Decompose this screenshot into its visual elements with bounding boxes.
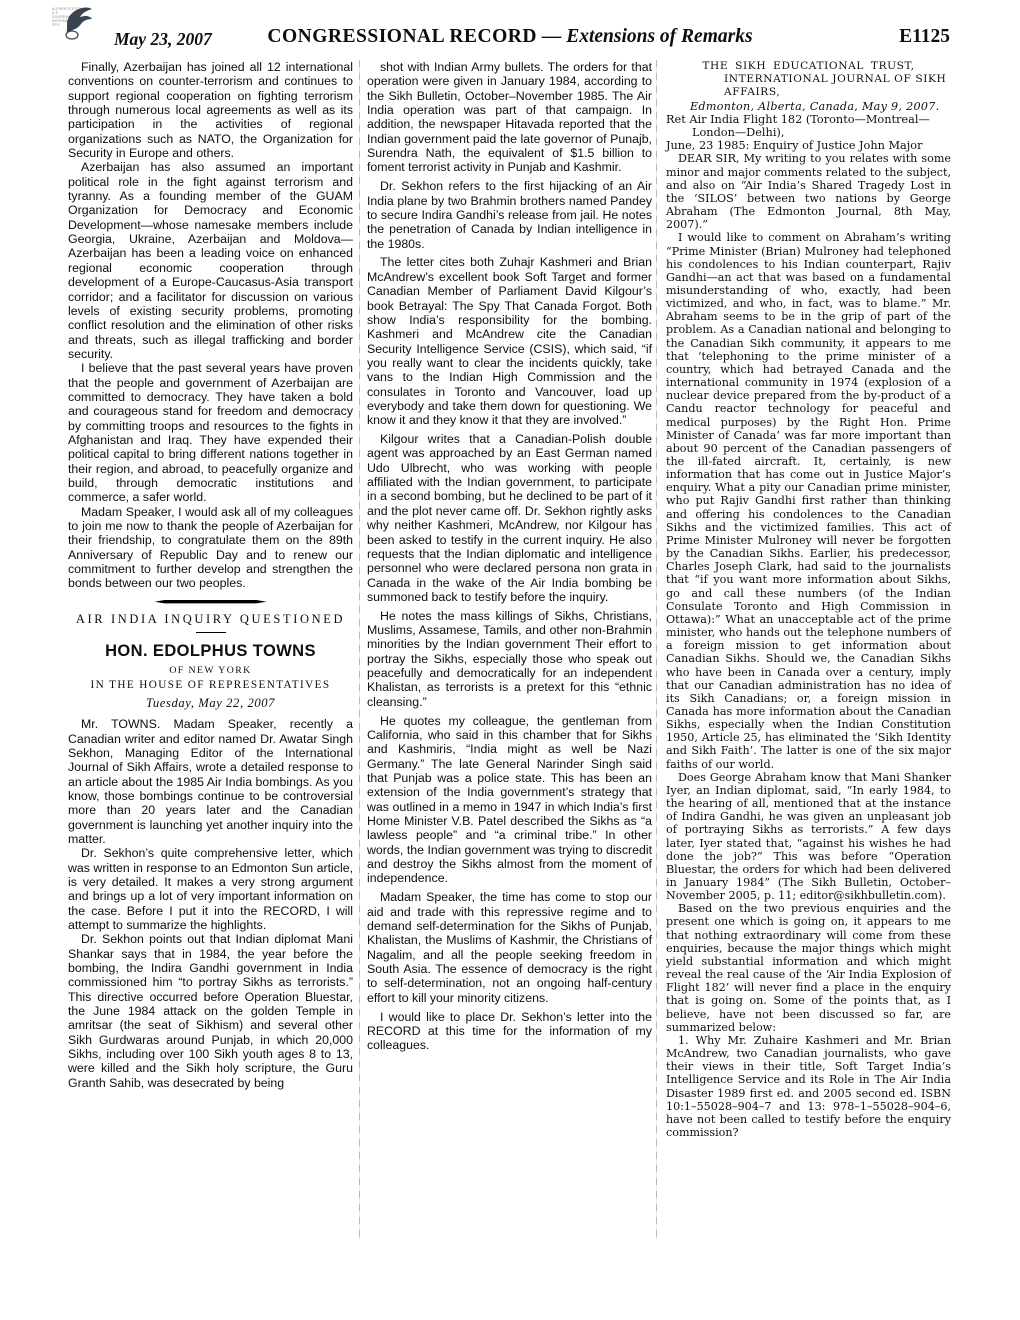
- statement-paragraph: Mr. TOWNS. Madam Speaker, recently a Can…: [68, 717, 353, 846]
- speaker-name: HON. EDOLPHUS TOWNS: [68, 642, 353, 661]
- column-2: shot with Indian Army bullets. The order…: [367, 60, 652, 1139]
- statement-paragraph: He notes the mass killings of Sikhs, Chr…: [367, 609, 652, 709]
- column-3: THE SIKH EDUCATIONAL TRUST, INTERNATIONA…: [666, 60, 951, 1139]
- letter-paragraph: I would like to comment on Abraham’s wri…: [666, 231, 951, 770]
- statement-paragraph: Dr. Sekhon’s quite comprehensive letter,…: [68, 846, 353, 932]
- letter-paragraph: 1. Why Mr. Zuhaire Kashmeri and Mr. Bria…: [666, 1034, 951, 1139]
- letter-org-line-1: THE SIKH EDUCATIONAL TRUST,: [666, 60, 951, 73]
- letter-paragraph: DEAR SIR, My writing to you relates with…: [666, 152, 951, 231]
- statement-paragraph: shot with Indian Army bullets. The order…: [367, 60, 652, 175]
- towns-statement-part-2: shot with Indian Army bullets. The order…: [367, 60, 652, 1053]
- statement-paragraph: Azerbaijan has also assumed an important…: [68, 160, 353, 361]
- statement-paragraph: I would like to place Dr. Sekhon’s lette…: [367, 1010, 652, 1053]
- masthead-title: CONGRESSIONAL RECORD — Extensions of Rem…: [70, 26, 950, 48]
- congressional-record-page: AUTHENTICATED U.S. GOVERNMENT INFORMATIO…: [0, 0, 1020, 1320]
- statement-paragraph: I believe that the past several years ha…: [68, 361, 353, 504]
- article-title-rule: [196, 632, 226, 634]
- chamber-line: IN THE HOUSE OF REPRESENTATIVES: [68, 679, 353, 691]
- page-number: E1125: [899, 26, 950, 48]
- statement-paragraph: He quotes my colleague, the gentleman fr…: [367, 714, 652, 886]
- statement-paragraph: The letter cites both Zuhajr Kashmeri an…: [367, 255, 652, 427]
- letter-paragraph: Does George Abraham know that Mani Shank…: [666, 771, 951, 903]
- sekhon-letter-body: DEAR SIR, My writing to you relates with…: [666, 152, 951, 1139]
- running-head: May 23, 2007 CONGRESSIONAL RECORD — Exte…: [70, 26, 950, 56]
- statement-paragraph: Dr. Sekhon refers to the first hijacking…: [367, 179, 652, 251]
- article-divider-rule: [155, 600, 267, 604]
- speaker-state: OF NEW YORK: [68, 665, 353, 676]
- text-columns: Finally, Azerbaijan has joined all 12 in…: [68, 60, 952, 1139]
- letter-re-line-1: Ret Air India Flight 182 (Toronto—Montre…: [666, 113, 951, 139]
- letter-org-line-2: INTERNATIONAL JOURNAL OF SIKH AFFAIRS,: [666, 73, 951, 99]
- towns-statement-part-1: Mr. TOWNS. Madam Speaker, recently a Can…: [68, 717, 353, 1090]
- statement-paragraph: Dr. Sekhon points out that Indian diplom…: [68, 932, 353, 1090]
- statement-paragraph: Finally, Azerbaijan has joined all 12 in…: [68, 60, 353, 160]
- masthead-title-italic: — Extensions of Remarks: [542, 26, 753, 47]
- statement-paragraph: Madam Speaker, the time has come to stop…: [367, 890, 652, 1005]
- letter-paragraph: Based on the two previous enquiries and …: [666, 902, 951, 1034]
- letter-re-line-2: June, 23 1985: Enquiry of Justice John M…: [666, 139, 951, 152]
- masthead-title-caps: CONGRESSIONAL RECORD: [267, 26, 537, 47]
- statement-paragraph: Kilgour writes that a Canadian-Polish do…: [367, 432, 652, 604]
- letter-dateline: Edmonton, Alberta, Canada, May 9, 2007.: [666, 100, 951, 113]
- azerbaijan-statement-continuation: Finally, Azerbaijan has joined all 12 in…: [68, 60, 353, 591]
- statement-paragraph: Madam Speaker, I would ask all of my col…: [68, 505, 353, 591]
- column-1: Finally, Azerbaijan has joined all 12 in…: [68, 60, 353, 1139]
- article-title: AIR INDIA INQUIRY QUESTIONED: [68, 612, 353, 627]
- sitting-date: Tuesday, May 22, 2007: [68, 696, 353, 711]
